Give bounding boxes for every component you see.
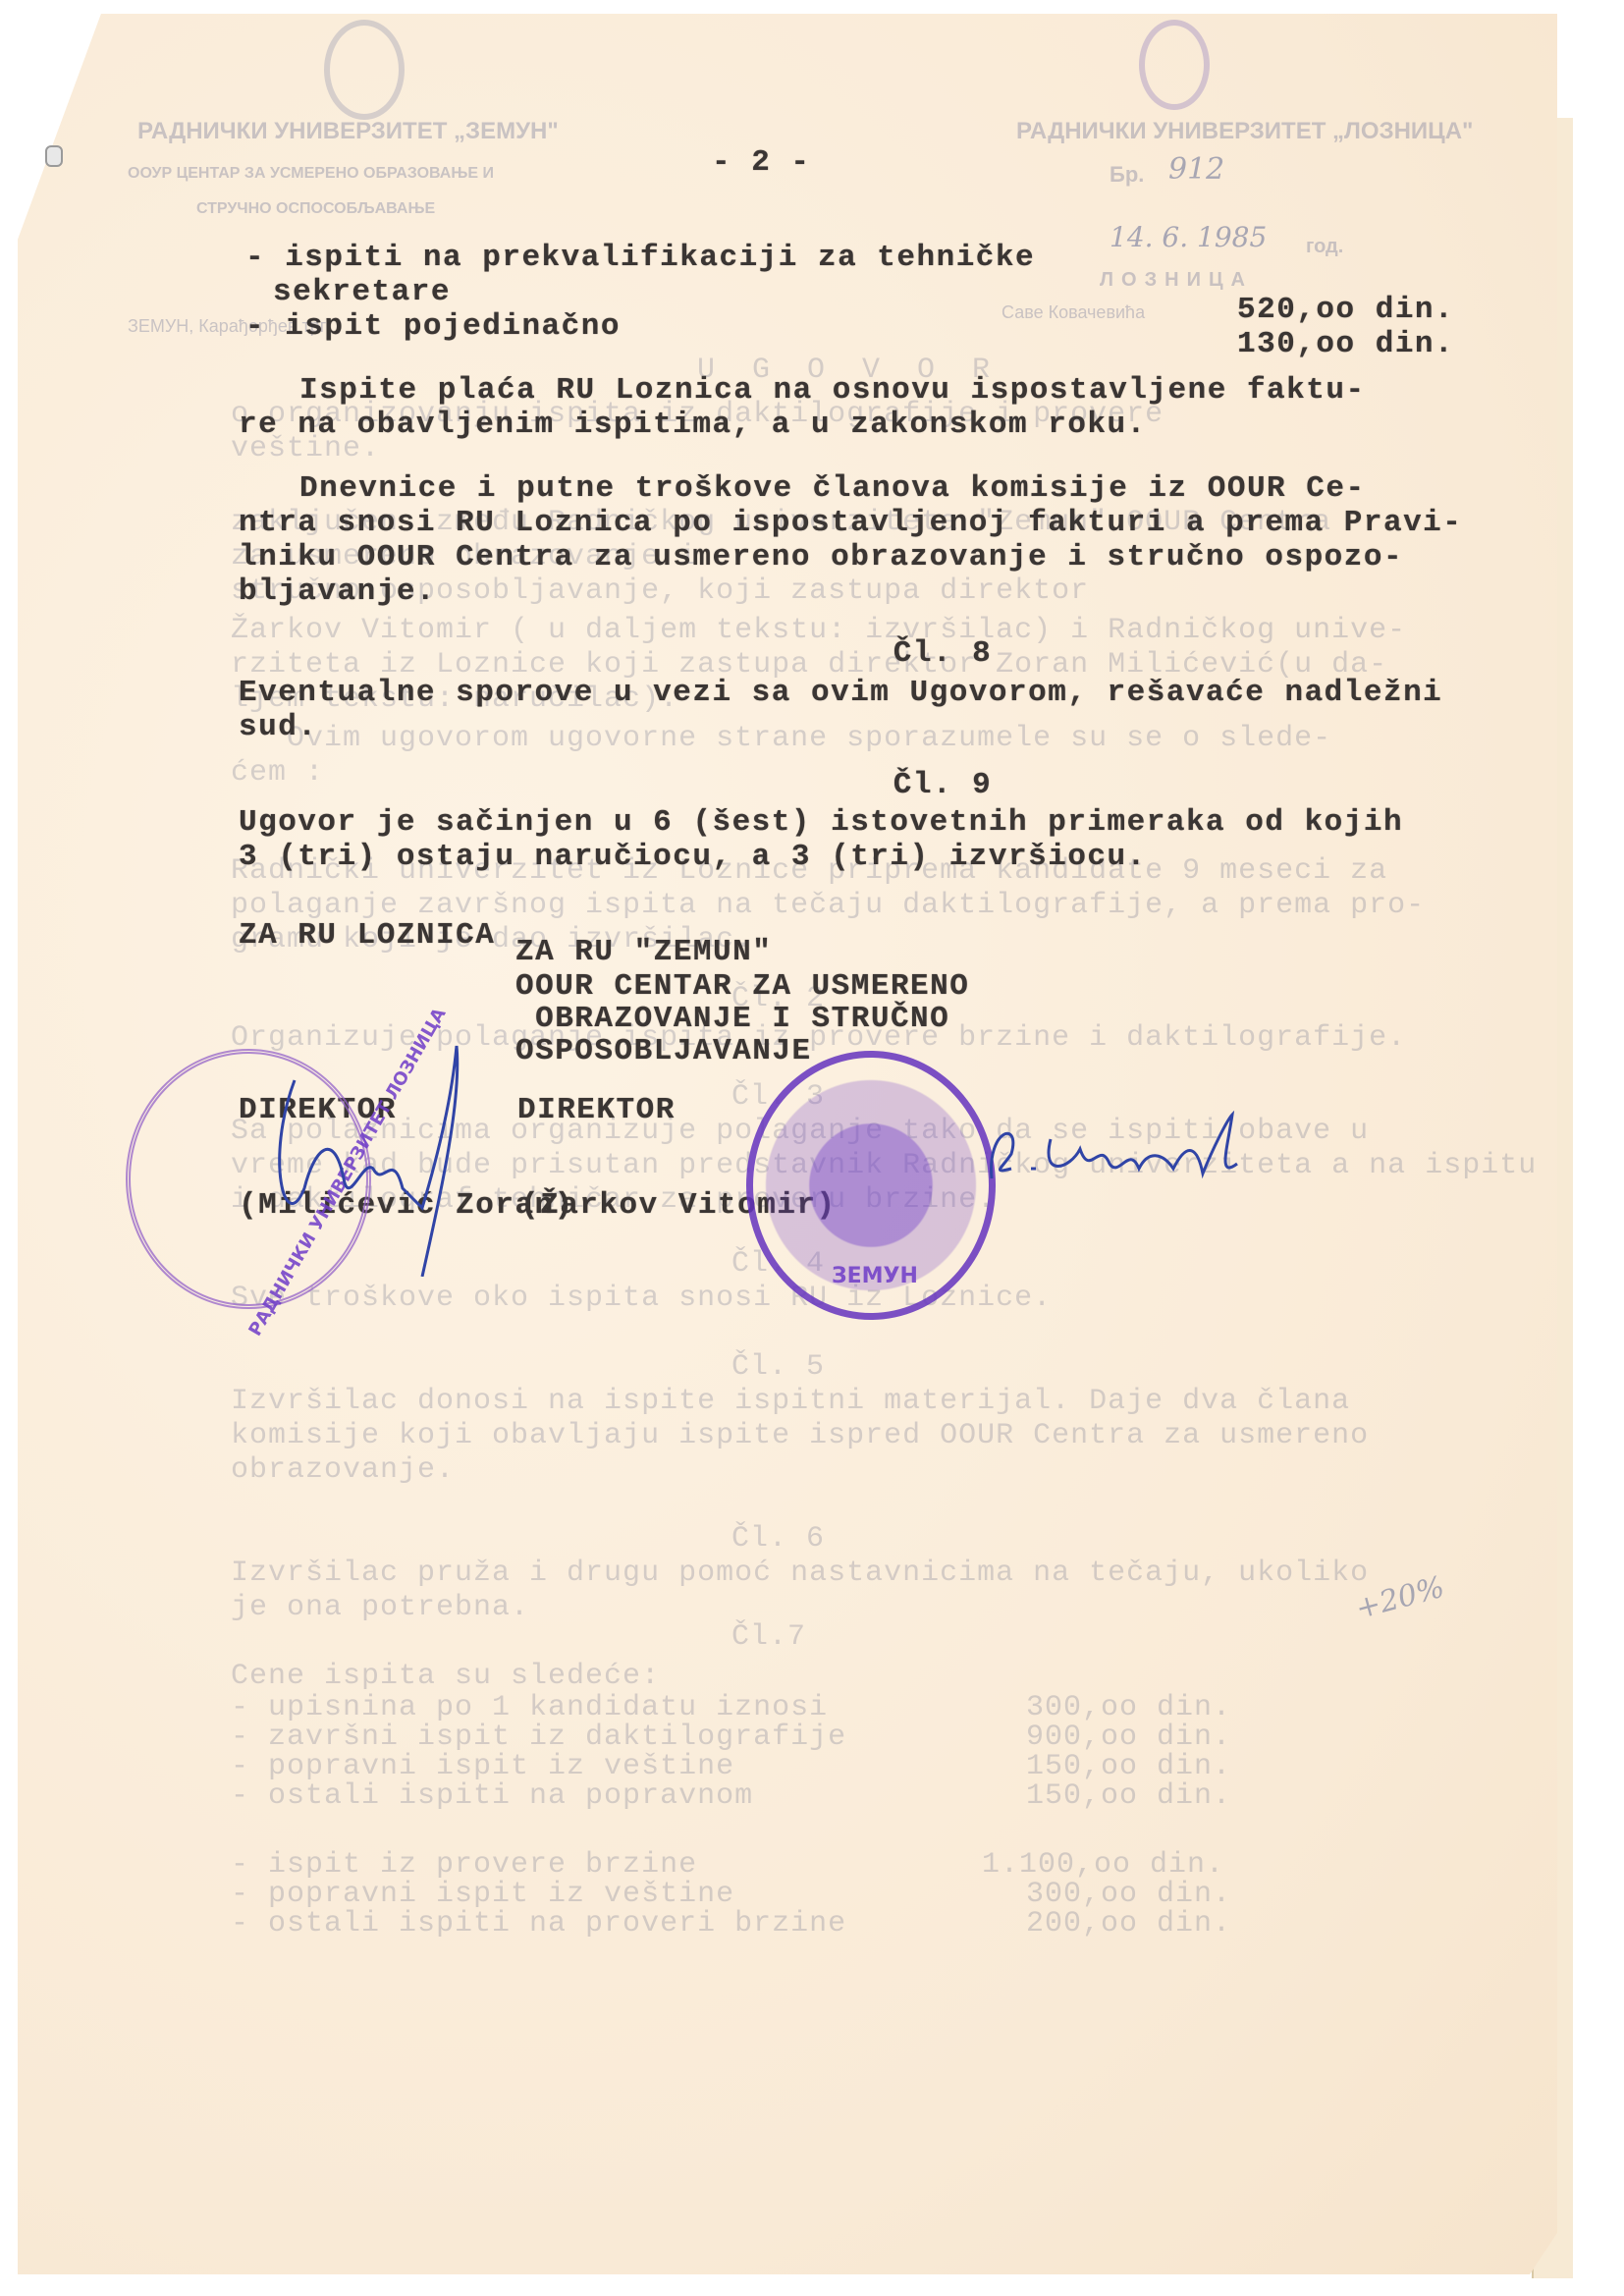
paragraph-perdiem-line: bljavanje. <box>239 574 436 609</box>
signatory-right-title: DIREKTOR <box>517 1093 676 1127</box>
ghost-price-amount: 150,oo din. <box>1026 1750 1231 1783</box>
ghost-line: ćem : <box>231 756 324 790</box>
article-heading-text: Čl. 9 <box>452 768 1434 802</box>
ghost-price-label: - popravni ispit iz veštine <box>231 1750 734 1783</box>
ghost-header-right-number: 912 <box>1168 152 1224 187</box>
ghost-header-right-number-label: Бр. <box>1110 162 1144 188</box>
ghost-price-label: - upisnina po 1 kandidatu iznosi <box>231 1691 828 1724</box>
ghost-price-label: - završni ispit iz daktilografije <box>231 1721 846 1754</box>
ghost-header-left-line2: ООУР ЦЕНТАР ЗА УСМЕРЕНО ОБРАЗОВАЊЕ И <box>128 165 494 183</box>
ghost-heading: Čl. 6 <box>731 1522 825 1556</box>
ghost-price-amount: 300,oo din. <box>1026 1691 1231 1724</box>
fee-item-label-cont: sekretare <box>273 275 451 309</box>
ghost-heading: Čl. 5 <box>731 1350 825 1384</box>
ghost-price-amount: 300,oo din. <box>1026 1878 1231 1911</box>
signatory-left-org: ZA RU LOZNICA <box>239 918 495 953</box>
article-8-line: Eventualne sporove u vezi sa ovim Ugovor… <box>239 676 1442 710</box>
ghost-price-amount: 1.100,oo din. <box>982 1848 1224 1882</box>
fee-item-label: - ispiti na prekvalifikaciji za tehničke <box>245 241 1035 275</box>
paragraph-perdiem-line: ntra snosi RU Loznica po ispostavljenoj … <box>239 506 1462 540</box>
ghost-price-amount: 900,oo din. <box>1026 1721 1231 1754</box>
staple <box>45 145 63 167</box>
signature-milicevic <box>255 1041 511 1277</box>
ghost-line: polaganje završnog ispita na tečaju dakt… <box>231 889 1425 922</box>
ghost-heading: Čl.7 <box>731 1620 806 1654</box>
article-9-line: Ugovor je sačinjen u 6 (šest) istovetnih… <box>239 805 1403 840</box>
ghost-header-right-year: год. <box>1306 236 1343 258</box>
ghost-price-label: - ispit iz provere brzine <box>231 1848 697 1882</box>
ghost-header-right-date: 14. 6. 1985 <box>1110 221 1267 253</box>
ghost-header-right-street: Саве Ковачевића <box>1001 302 1145 323</box>
signatory-right-org-line: ZA RU "ZEMUN" <box>515 935 772 969</box>
page-number: - 2 - <box>712 145 811 180</box>
signatory-right-org-line: OBRAZOVANJE I STRUČNO <box>515 1002 949 1036</box>
signature-zarkov <box>982 1110 1257 1198</box>
ghost-line: obrazovanje. <box>231 1453 455 1487</box>
ghost-line: Izvršilac donosi na ispite ispitni mater… <box>231 1385 1350 1418</box>
fee-item-label: - ispit pojedinačno <box>245 309 621 344</box>
paragraph-perdiem-line: Dnevnice i putne troškove članova komisi… <box>299 471 1366 506</box>
fee-item-amount: 520,oo din. <box>1237 293 1454 327</box>
ghost-line: Cene ispita su sledeće: <box>231 1660 660 1693</box>
ghost-logo-loznica <box>1139 20 1210 110</box>
ghost-line: je ona potrebna. <box>231 1591 529 1624</box>
article-8-line: sud. <box>239 710 317 744</box>
ghost-price-label: - ostali ispiti na popravnom <box>231 1779 753 1813</box>
ghost-line: Ovim ugovorom ugovorne strane sporazumel… <box>231 722 1331 755</box>
ghost-header-left-line1: РАДНИЧКИ УНИВЕРЗИТЕТ „ЗЕМУН" <box>137 118 559 145</box>
ghost-header-left-line3: СТРУЧНО ОСПОСОБЉАВАЊЕ <box>196 200 435 218</box>
ghost-price-label: - popravni ispit iz veštine <box>231 1878 734 1911</box>
ghost-header-right-city: ЛОЗНИЦА <box>1100 269 1253 292</box>
paragraph-payment-line: Ispite plaća RU Loznica na osnovu ispost… <box>299 373 1366 408</box>
signatory-right-org-line: OSPOSOBLJAVANJE <box>515 1034 812 1068</box>
ghost-price-label: - ostali ispiti na proveri brzine <box>231 1907 846 1941</box>
ghost-logo-zemun <box>324 20 405 120</box>
ghost-line: komisije koji obavljaju ispite ispred OO… <box>231 1419 1369 1452</box>
signatory-right-org-line: OOUR CENTAR ZA USMERENO <box>515 969 969 1004</box>
ghost-header-right-line1: РАДНИЧКИ УНИВЕРЗИТЕТ „ЛОЗНИЦА" <box>1016 118 1473 145</box>
stamp-zemun: ЗЕМУН <box>746 1051 996 1320</box>
stamp-zemun-text: ЗЕМУН <box>832 1264 918 1288</box>
paragraph-payment-line: re na obavljenim ispitima, a u zakonskom… <box>239 408 1147 442</box>
ghost-price-amount: 150,oo din. <box>1026 1779 1231 1813</box>
article-9-line: 3 (tri) ostaju naručiocu, a 3 (tri) izvr… <box>239 840 1147 874</box>
article-heading-text: Čl. 8 <box>452 636 1434 671</box>
ghost-price-amount: 200,oo din. <box>1026 1907 1231 1941</box>
fee-item-amount: 130,oo din. <box>1237 327 1454 361</box>
ghost-line: Izvršilac pruža i drugu pomoć nastavnici… <box>231 1557 1369 1590</box>
paragraph-perdiem-line: lniku OOUR Centra za usmereno obrazovanj… <box>239 540 1403 574</box>
